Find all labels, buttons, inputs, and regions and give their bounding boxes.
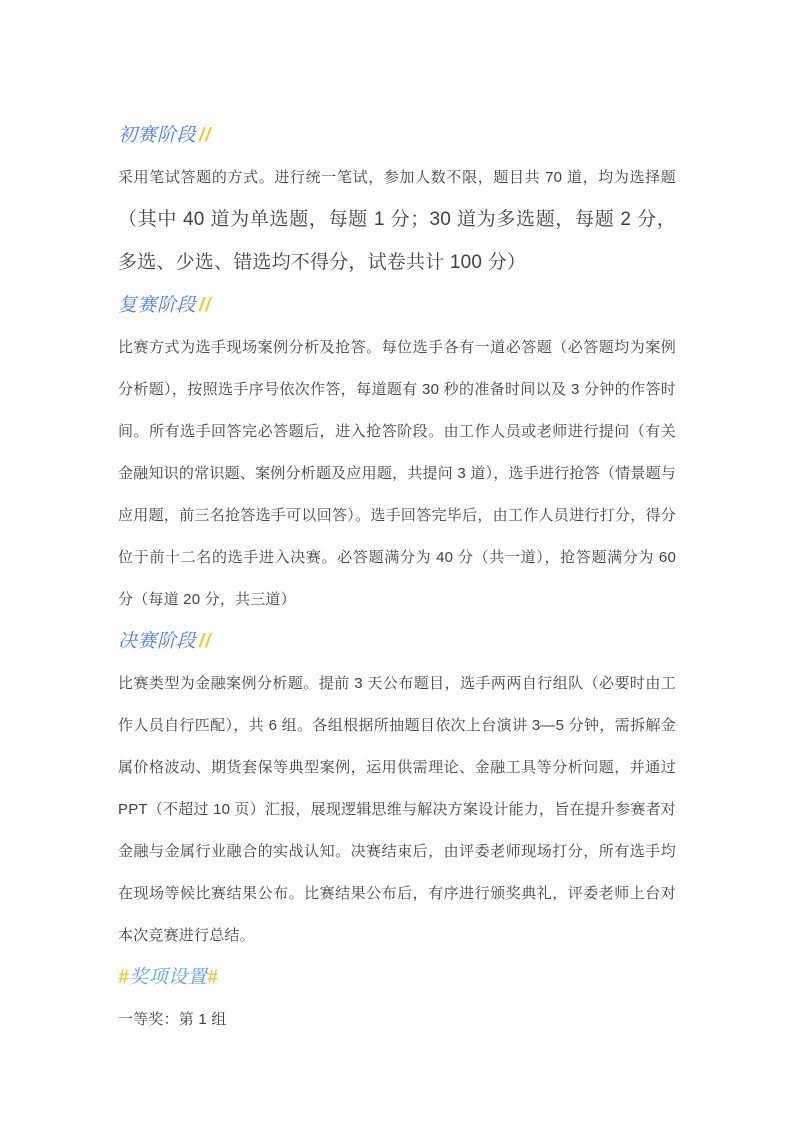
awards-heading: #奖项设置# xyxy=(118,957,676,999)
double-slash-decoration-icon: // xyxy=(199,631,212,652)
double-slash-decoration-icon: // xyxy=(199,125,212,146)
paragraph-run-normal: 采用笔试答题的方式。进行统一笔试，参加人数不限，题目共 70 道，均为选择题 xyxy=(118,169,676,186)
preliminary-stage-heading: 初赛阶段// xyxy=(118,115,676,157)
section-semifinal-stage: 复赛阶段// 比赛方式为选手现场案例分析及抢答。每位选手各有一道必答题（必答题均… xyxy=(118,285,676,621)
section-awards: #奖项设置# 一等奖：第 1 组 xyxy=(118,957,676,1041)
hash-decoration-icon: # xyxy=(207,967,218,988)
section-final-stage: 决赛阶段// 比赛类型为金融案例分析题。提前 3 天公布题目，选手两两自行组队（… xyxy=(118,621,676,957)
hash-decoration-icon: # xyxy=(118,967,129,988)
preliminary-stage-paragraph: 采用笔试答题的方式。进行统一笔试，参加人数不限，题目共 70 道，均为选择题（其… xyxy=(118,157,676,285)
heading-text: 决赛阶段 xyxy=(118,631,196,652)
final-stage-paragraph: 比赛类型为金融案例分析题。提前 3 天公布题目，选手两两自行组队（必要时由工作人… xyxy=(118,663,676,957)
semifinal-stage-paragraph: 比赛方式为选手现场案例分析及抢答。每位选手各有一道必答题（必答题均为案例分析题）… xyxy=(118,327,676,621)
double-slash-decoration-icon: // xyxy=(199,295,212,316)
semifinal-stage-heading: 复赛阶段// xyxy=(118,285,676,327)
section-preliminary-stage: 初赛阶段// 采用笔试答题的方式。进行统一笔试，参加人数不限，题目共 70 道，… xyxy=(118,115,676,285)
heading-text: 初赛阶段 xyxy=(118,125,196,146)
paragraph-run-large: （其中 40 道为单选题，每题 1 分；30 道为多选题，每题 2 分，多选、少… xyxy=(118,209,676,273)
heading-text: 复赛阶段 xyxy=(118,295,196,316)
final-stage-heading: 决赛阶段// xyxy=(118,621,676,663)
first-prize-line: 一等奖：第 1 组 xyxy=(118,999,676,1041)
document-page: 初赛阶段// 采用笔试答题的方式。进行统一笔试，参加人数不限，题目共 70 道，… xyxy=(0,0,793,1122)
heading-text: 奖项设置 xyxy=(129,967,207,988)
